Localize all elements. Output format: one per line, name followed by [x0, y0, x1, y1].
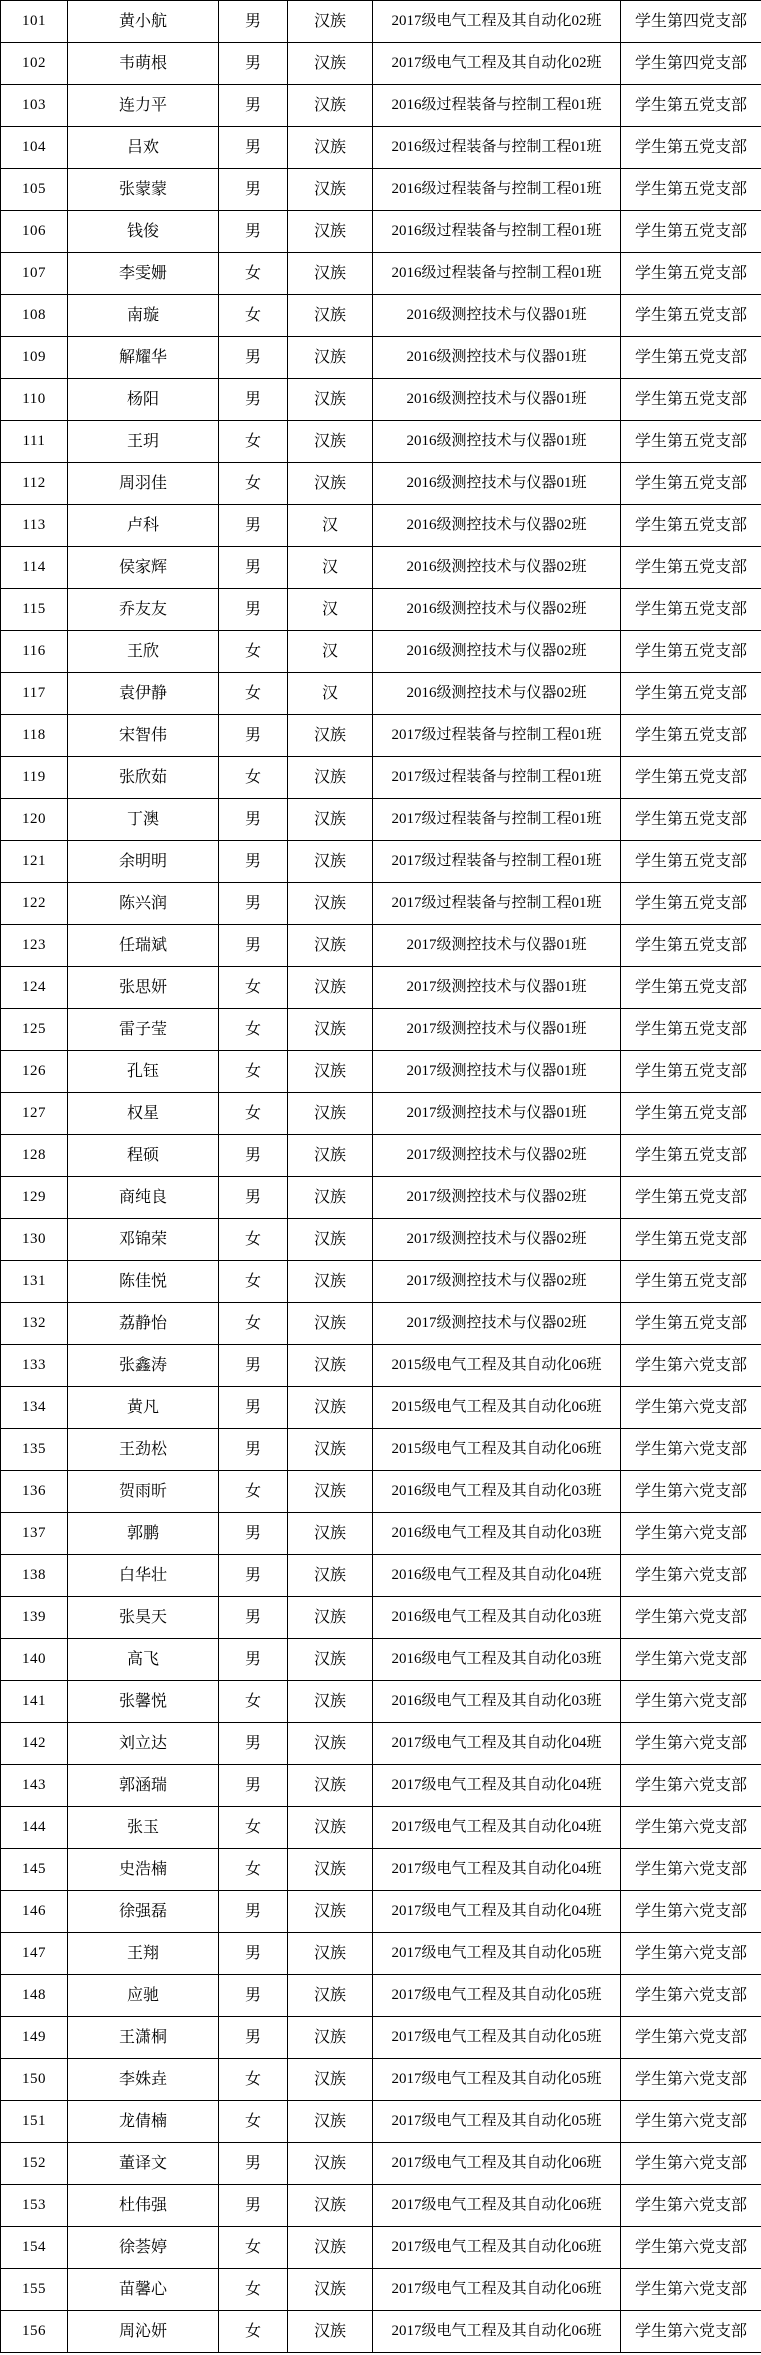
cell-branch: 学生第五党支部	[621, 1261, 761, 1303]
cell-id: 106	[1, 211, 68, 253]
cell-gender: 男	[219, 841, 288, 883]
cell-branch: 学生第五党支部	[621, 337, 761, 379]
cell-gender: 男	[219, 1429, 288, 1471]
cell-gender: 女	[219, 1219, 288, 1261]
cell-gender: 男	[219, 1177, 288, 1219]
cell-gender: 男	[219, 1639, 288, 1681]
cell-gender: 女	[219, 673, 288, 715]
cell-name: 余明明	[68, 841, 219, 883]
cell-ethnicity: 汉	[288, 631, 373, 673]
cell-name: 郭鹏	[68, 1513, 219, 1555]
cell-gender: 女	[219, 1093, 288, 1135]
cell-class_name: 2017级电气工程及其自动化06班	[373, 2185, 621, 2227]
table-row: 144张玉女汉族2017级电气工程及其自动化04班学生第六党支部	[1, 1807, 761, 1849]
table-row: 131陈佳悦女汉族2017级测控技术与仪器02班学生第五党支部	[1, 1261, 761, 1303]
cell-ethnicity: 汉族	[288, 1849, 373, 1891]
cell-id: 140	[1, 1639, 68, 1681]
cell-id: 144	[1, 1807, 68, 1849]
cell-class_name: 2017级电气工程及其自动化06班	[373, 2143, 621, 2185]
cell-id: 114	[1, 547, 68, 589]
cell-class_name: 2016级过程装备与控制工程01班	[373, 169, 621, 211]
student-roster-table: 101黄小航男汉族2017级电气工程及其自动化02班学生第四党支部102韦萌根男…	[0, 0, 761, 2353]
cell-id: 108	[1, 295, 68, 337]
cell-id: 104	[1, 127, 68, 169]
cell-ethnicity: 汉	[288, 505, 373, 547]
cell-ethnicity: 汉	[288, 547, 373, 589]
cell-branch: 学生第六党支部	[621, 1429, 761, 1471]
cell-gender: 男	[219, 799, 288, 841]
table-row: 122陈兴润男汉族2017级过程装备与控制工程01班学生第五党支部	[1, 883, 761, 925]
table-row: 110杨阳男汉族2016级测控技术与仪器01班学生第五党支部	[1, 379, 761, 421]
cell-branch: 学生第六党支部	[621, 1597, 761, 1639]
table-row: 155苗馨心女汉族2017级电气工程及其自动化06班学生第六党支部	[1, 2269, 761, 2311]
cell-ethnicity: 汉族	[288, 463, 373, 505]
cell-id: 131	[1, 1261, 68, 1303]
cell-branch: 学生第五党支部	[621, 1009, 761, 1051]
cell-name: 王劲松	[68, 1429, 219, 1471]
cell-gender: 女	[219, 1807, 288, 1849]
cell-id: 155	[1, 2269, 68, 2311]
cell-class_name: 2017级测控技术与仪器02班	[373, 1219, 621, 1261]
cell-class_name: 2016级过程装备与控制工程01班	[373, 211, 621, 253]
table-row: 148应驰男汉族2017级电气工程及其自动化05班学生第六党支部	[1, 1975, 761, 2017]
cell-name: 陈兴润	[68, 883, 219, 925]
cell-ethnicity: 汉族	[288, 1345, 373, 1387]
cell-class_name: 2017级测控技术与仪器01班	[373, 1009, 621, 1051]
cell-ethnicity: 汉族	[288, 1471, 373, 1513]
cell-class_name: 2016级电气工程及其自动化03班	[373, 1471, 621, 1513]
cell-name: 徐强磊	[68, 1891, 219, 1933]
cell-branch: 学生第六党支部	[621, 1975, 761, 2017]
cell-id: 130	[1, 1219, 68, 1261]
cell-name: 南璇	[68, 295, 219, 337]
cell-id: 113	[1, 505, 68, 547]
cell-branch: 学生第六党支部	[621, 1555, 761, 1597]
cell-branch: 学生第五党支部	[621, 1219, 761, 1261]
cell-gender: 女	[219, 2311, 288, 2353]
cell-id: 110	[1, 379, 68, 421]
cell-id: 134	[1, 1387, 68, 1429]
table-row: 129商纯良男汉族2017级测控技术与仪器02班学生第五党支部	[1, 1177, 761, 1219]
cell-class_name: 2016级电气工程及其自动化03班	[373, 1597, 621, 1639]
table-row: 142刘立达男汉族2017级电气工程及其自动化04班学生第六党支部	[1, 1723, 761, 1765]
cell-name: 邓锦荣	[68, 1219, 219, 1261]
table-row: 103连力平男汉族2016级过程装备与控制工程01班学生第五党支部	[1, 85, 761, 127]
cell-branch: 学生第六党支部	[621, 1933, 761, 1975]
cell-ethnicity: 汉族	[288, 1765, 373, 1807]
cell-class_name: 2017级电气工程及其自动化04班	[373, 1807, 621, 1849]
table-row: 121余明明男汉族2017级过程装备与控制工程01班学生第五党支部	[1, 841, 761, 883]
table-row: 149王潇桐男汉族2017级电气工程及其自动化05班学生第六党支部	[1, 2017, 761, 2059]
cell-name: 连力平	[68, 85, 219, 127]
table-row: 104吕欢男汉族2016级过程装备与控制工程01班学生第五党支部	[1, 127, 761, 169]
cell-branch: 学生第五党支部	[621, 505, 761, 547]
cell-class_name: 2017级电气工程及其自动化06班	[373, 2227, 621, 2269]
cell-name: 黄凡	[68, 1387, 219, 1429]
table-row: 119张欣茹女汉族2017级过程装备与控制工程01班学生第五党支部	[1, 757, 761, 799]
cell-class_name: 2017级电气工程及其自动化05班	[373, 2059, 621, 2101]
cell-id: 111	[1, 421, 68, 463]
cell-id: 127	[1, 1093, 68, 1135]
table-row: 105张蒙蒙男汉族2016级过程装备与控制工程01班学生第五党支部	[1, 169, 761, 211]
cell-name: 张欣茹	[68, 757, 219, 799]
cell-ethnicity: 汉	[288, 673, 373, 715]
cell-gender: 男	[219, 547, 288, 589]
cell-class_name: 2017级电气工程及其自动化06班	[373, 2311, 621, 2353]
cell-class_name: 2016级电气工程及其自动化04班	[373, 1555, 621, 1597]
cell-ethnicity: 汉族	[288, 1681, 373, 1723]
cell-class_name: 2017级电气工程及其自动化02班	[373, 1, 621, 43]
table-row: 109解耀华男汉族2016级测控技术与仪器01班学生第五党支部	[1, 337, 761, 379]
cell-name: 贺雨昕	[68, 1471, 219, 1513]
cell-id: 109	[1, 337, 68, 379]
cell-gender: 男	[219, 127, 288, 169]
cell-branch: 学生第六党支部	[621, 2185, 761, 2227]
cell-ethnicity: 汉族	[288, 757, 373, 799]
cell-id: 141	[1, 1681, 68, 1723]
cell-gender: 男	[219, 1135, 288, 1177]
cell-id: 119	[1, 757, 68, 799]
table-row: 114侯家辉男汉2016级测控技术与仪器02班学生第五党支部	[1, 547, 761, 589]
cell-class_name: 2016级测控技术与仪器01班	[373, 463, 621, 505]
cell-ethnicity: 汉族	[288, 1807, 373, 1849]
cell-branch: 学生第五党支部	[621, 673, 761, 715]
cell-ethnicity: 汉族	[288, 85, 373, 127]
table-row: 118宋智伟男汉族2017级过程装备与控制工程01班学生第五党支部	[1, 715, 761, 757]
cell-name: 张鑫涛	[68, 1345, 219, 1387]
cell-ethnicity: 汉族	[288, 295, 373, 337]
cell-branch: 学生第五党支部	[621, 589, 761, 631]
cell-name: 白华壮	[68, 1555, 219, 1597]
cell-id: 107	[1, 253, 68, 295]
cell-branch: 学生第五党支部	[621, 295, 761, 337]
cell-ethnicity: 汉族	[288, 883, 373, 925]
cell-name: 郭涵瑞	[68, 1765, 219, 1807]
table-row: 152董译文男汉族2017级电气工程及其自动化06班学生第六党支部	[1, 2143, 761, 2185]
cell-branch: 学生第五党支部	[621, 1177, 761, 1219]
cell-name: 袁伊静	[68, 673, 219, 715]
cell-id: 112	[1, 463, 68, 505]
cell-gender: 男	[219, 2017, 288, 2059]
cell-name: 李姝垚	[68, 2059, 219, 2101]
cell-class_name: 2016级测控技术与仪器02班	[373, 505, 621, 547]
cell-branch: 学生第四党支部	[621, 43, 761, 85]
cell-class_name: 2017级过程装备与控制工程01班	[373, 715, 621, 757]
cell-ethnicity: 汉族	[288, 1219, 373, 1261]
cell-branch: 学生第六党支部	[621, 2059, 761, 2101]
table-row: 134黄凡男汉族2015级电气工程及其自动化06班学生第六党支部	[1, 1387, 761, 1429]
cell-ethnicity: 汉族	[288, 1051, 373, 1093]
cell-branch: 学生第六党支部	[621, 1345, 761, 1387]
cell-gender: 男	[219, 1387, 288, 1429]
cell-id: 121	[1, 841, 68, 883]
cell-gender: 女	[219, 1849, 288, 1891]
cell-name: 王欣	[68, 631, 219, 673]
cell-id: 132	[1, 1303, 68, 1345]
table-row: 126孔钰女汉族2017级测控技术与仪器01班学生第五党支部	[1, 1051, 761, 1093]
cell-ethnicity: 汉族	[288, 1555, 373, 1597]
cell-ethnicity: 汉族	[288, 2017, 373, 2059]
cell-class_name: 2017级测控技术与仪器01班	[373, 1093, 621, 1135]
cell-gender: 女	[219, 2269, 288, 2311]
cell-ethnicity: 汉族	[288, 2227, 373, 2269]
cell-branch: 学生第五党支部	[621, 1051, 761, 1093]
table-row: 101黄小航男汉族2017级电气工程及其自动化02班学生第四党支部	[1, 1, 761, 43]
cell-class_name: 2017级电气工程及其自动化04班	[373, 1765, 621, 1807]
cell-id: 146	[1, 1891, 68, 1933]
cell-class_name: 2017级电气工程及其自动化05班	[373, 1975, 621, 2017]
table-row: 139张昊天男汉族2016级电气工程及其自动化03班学生第六党支部	[1, 1597, 761, 1639]
cell-class_name: 2017级电气工程及其自动化02班	[373, 43, 621, 85]
cell-id: 123	[1, 925, 68, 967]
cell-ethnicity: 汉族	[288, 337, 373, 379]
cell-gender: 女	[219, 967, 288, 1009]
table-row: 125雷子莹女汉族2017级测控技术与仪器01班学生第五党支部	[1, 1009, 761, 1051]
cell-id: 129	[1, 1177, 68, 1219]
table-row: 146徐强磊男汉族2017级电气工程及其自动化04班学生第六党支部	[1, 1891, 761, 1933]
cell-ethnicity: 汉族	[288, 169, 373, 211]
cell-class_name: 2016级过程装备与控制工程01班	[373, 127, 621, 169]
cell-id: 149	[1, 2017, 68, 2059]
cell-name: 王玥	[68, 421, 219, 463]
cell-name: 卢科	[68, 505, 219, 547]
cell-ethnicity: 汉族	[288, 841, 373, 883]
cell-ethnicity: 汉族	[288, 1303, 373, 1345]
table-row: 127权星女汉族2017级测控技术与仪器01班学生第五党支部	[1, 1093, 761, 1135]
cell-gender: 女	[219, 1009, 288, 1051]
cell-gender: 女	[219, 1303, 288, 1345]
cell-id: 145	[1, 1849, 68, 1891]
cell-class_name: 2017级测控技术与仪器01班	[373, 1051, 621, 1093]
cell-name: 张蒙蒙	[68, 169, 219, 211]
cell-id: 147	[1, 1933, 68, 1975]
cell-class_name: 2016级电气工程及其自动化03班	[373, 1639, 621, 1681]
cell-ethnicity: 汉族	[288, 1177, 373, 1219]
cell-id: 126	[1, 1051, 68, 1093]
cell-name: 龙倩楠	[68, 2101, 219, 2143]
cell-ethnicity: 汉族	[288, 2059, 373, 2101]
cell-class_name: 2017级测控技术与仪器01班	[373, 967, 621, 1009]
table-row: 150李姝垚女汉族2017级电气工程及其自动化05班学生第六党支部	[1, 2059, 761, 2101]
cell-branch: 学生第五党支部	[621, 757, 761, 799]
cell-branch: 学生第六党支部	[621, 2269, 761, 2311]
cell-class_name: 2016级测控技术与仪器02班	[373, 673, 621, 715]
cell-id: 105	[1, 169, 68, 211]
cell-branch: 学生第五党支部	[621, 841, 761, 883]
cell-class_name: 2015级电气工程及其自动化06班	[373, 1429, 621, 1471]
cell-class_name: 2017级测控技术与仪器01班	[373, 925, 621, 967]
cell-name: 徐荟婷	[68, 2227, 219, 2269]
cell-ethnicity: 汉族	[288, 1597, 373, 1639]
cell-branch: 学生第六党支部	[621, 2143, 761, 2185]
cell-name: 乔友友	[68, 589, 219, 631]
cell-gender: 男	[219, 2143, 288, 2185]
table-row: 151龙倩楠女汉族2017级电气工程及其自动化05班学生第六党支部	[1, 2101, 761, 2143]
table-row: 102韦萌根男汉族2017级电气工程及其自动化02班学生第四党支部	[1, 43, 761, 85]
cell-name: 王潇桐	[68, 2017, 219, 2059]
cell-id: 133	[1, 1345, 68, 1387]
cell-class_name: 2016级过程装备与控制工程01班	[373, 85, 621, 127]
cell-branch: 学生第五党支部	[621, 1135, 761, 1177]
cell-name: 程硕	[68, 1135, 219, 1177]
cell-id: 151	[1, 2101, 68, 2143]
cell-branch: 学生第六党支部	[621, 1891, 761, 1933]
cell-ethnicity: 汉族	[288, 1135, 373, 1177]
cell-ethnicity: 汉族	[288, 1, 373, 43]
table-row: 123任瑞斌男汉族2017级测控技术与仪器01班学生第五党支部	[1, 925, 761, 967]
cell-name: 吕欢	[68, 127, 219, 169]
table-row: 156周沁妍女汉族2017级电气工程及其自动化06班学生第六党支部	[1, 2311, 761, 2353]
cell-ethnicity: 汉族	[288, 1513, 373, 1555]
cell-class_name: 2016级测控技术与仪器01班	[373, 337, 621, 379]
cell-id: 148	[1, 1975, 68, 2017]
cell-id: 156	[1, 2311, 68, 2353]
cell-class_name: 2017级电气工程及其自动化06班	[373, 2269, 621, 2311]
cell-gender: 女	[219, 253, 288, 295]
cell-branch: 学生第六党支部	[621, 1723, 761, 1765]
cell-ethnicity: 汉族	[288, 43, 373, 85]
cell-name: 董译文	[68, 2143, 219, 2185]
cell-name: 杨阳	[68, 379, 219, 421]
cell-branch: 学生第五党支部	[621, 169, 761, 211]
cell-gender: 男	[219, 883, 288, 925]
cell-class_name: 2017级过程装备与控制工程01班	[373, 757, 621, 799]
cell-name: 周沁妍	[68, 2311, 219, 2353]
cell-id: 102	[1, 43, 68, 85]
cell-name: 商纯良	[68, 1177, 219, 1219]
cell-branch: 学生第五党支部	[621, 253, 761, 295]
cell-gender: 男	[219, 1, 288, 43]
cell-id: 138	[1, 1555, 68, 1597]
cell-gender: 男	[219, 1555, 288, 1597]
cell-class_name: 2017级过程装备与控制工程01班	[373, 799, 621, 841]
table-row: 130邓锦荣女汉族2017级测控技术与仪器02班学生第五党支部	[1, 1219, 761, 1261]
cell-gender: 男	[219, 337, 288, 379]
cell-id: 142	[1, 1723, 68, 1765]
cell-name: 宋智伟	[68, 715, 219, 757]
cell-ethnicity: 汉族	[288, 127, 373, 169]
table-row: 111王玥女汉族2016级测控技术与仪器01班学生第五党支部	[1, 421, 761, 463]
cell-name: 解耀华	[68, 337, 219, 379]
cell-branch: 学生第六党支部	[621, 1849, 761, 1891]
cell-ethnicity: 汉族	[288, 1387, 373, 1429]
cell-branch: 学生第五党支部	[621, 631, 761, 673]
cell-gender: 男	[219, 43, 288, 85]
cell-ethnicity: 汉族	[288, 1093, 373, 1135]
table-row: 135王劲松男汉族2015级电气工程及其自动化06班学生第六党支部	[1, 1429, 761, 1471]
cell-branch: 学生第六党支部	[621, 1387, 761, 1429]
cell-id: 139	[1, 1597, 68, 1639]
cell-name: 周羽佳	[68, 463, 219, 505]
table-row: 147王翔男汉族2017级电气工程及其自动化05班学生第六党支部	[1, 1933, 761, 1975]
cell-branch: 学生第六党支部	[621, 2017, 761, 2059]
cell-ethnicity: 汉	[288, 589, 373, 631]
table-row: 143郭涵瑞男汉族2017级电气工程及其自动化04班学生第六党支部	[1, 1765, 761, 1807]
cell-id: 120	[1, 799, 68, 841]
cell-id: 116	[1, 631, 68, 673]
cell-ethnicity: 汉族	[288, 1975, 373, 2017]
cell-gender: 女	[219, 2227, 288, 2269]
cell-class_name: 2017级测控技术与仪器02班	[373, 1135, 621, 1177]
cell-gender: 女	[219, 1261, 288, 1303]
cell-name: 孔钰	[68, 1051, 219, 1093]
cell-class_name: 2016级测控技术与仪器01班	[373, 421, 621, 463]
cell-name: 任瑞斌	[68, 925, 219, 967]
cell-gender: 男	[219, 169, 288, 211]
cell-ethnicity: 汉族	[288, 2269, 373, 2311]
cell-branch: 学生第五党支部	[621, 967, 761, 1009]
cell-id: 122	[1, 883, 68, 925]
table-row: 112周羽佳女汉族2016级测控技术与仪器01班学生第五党支部	[1, 463, 761, 505]
cell-name: 权星	[68, 1093, 219, 1135]
cell-ethnicity: 汉族	[288, 2143, 373, 2185]
cell-ethnicity: 汉族	[288, 1891, 373, 1933]
cell-id: 117	[1, 673, 68, 715]
cell-class_name: 2016级电气工程及其自动化03班	[373, 1513, 621, 1555]
cell-id: 125	[1, 1009, 68, 1051]
table-row: 133张鑫涛男汉族2015级电气工程及其自动化06班学生第六党支部	[1, 1345, 761, 1387]
table-row: 113卢科男汉2016级测控技术与仪器02班学生第五党支部	[1, 505, 761, 547]
cell-class_name: 2017级电气工程及其自动化05班	[373, 2101, 621, 2143]
cell-id: 101	[1, 1, 68, 43]
cell-gender: 男	[219, 505, 288, 547]
cell-branch: 学生第六党支部	[621, 1471, 761, 1513]
cell-ethnicity: 汉族	[288, 925, 373, 967]
cell-name: 张馨悦	[68, 1681, 219, 1723]
table-row: 120丁澳男汉族2017级过程装备与控制工程01班学生第五党支部	[1, 799, 761, 841]
cell-gender: 男	[219, 589, 288, 631]
cell-branch: 学生第五党支部	[621, 883, 761, 925]
table-row: 128程硕男汉族2017级测控技术与仪器02班学生第五党支部	[1, 1135, 761, 1177]
cell-gender: 男	[219, 211, 288, 253]
cell-name: 应驰	[68, 1975, 219, 2017]
cell-class_name: 2017级电气工程及其自动化05班	[373, 1933, 621, 1975]
cell-ethnicity: 汉族	[288, 211, 373, 253]
table-row: 108南璇女汉族2016级测控技术与仪器01班学生第五党支部	[1, 295, 761, 337]
cell-ethnicity: 汉族	[288, 2311, 373, 2353]
cell-ethnicity: 汉族	[288, 421, 373, 463]
cell-id: 137	[1, 1513, 68, 1555]
cell-name: 张昊天	[68, 1597, 219, 1639]
cell-branch: 学生第四党支部	[621, 1, 761, 43]
cell-gender: 女	[219, 757, 288, 799]
cell-ethnicity: 汉族	[288, 1933, 373, 1975]
cell-name: 丁澳	[68, 799, 219, 841]
cell-gender: 女	[219, 295, 288, 337]
cell-ethnicity: 汉族	[288, 1723, 373, 1765]
cell-name: 黄小航	[68, 1, 219, 43]
cell-class_name: 2016级电气工程及其自动化03班	[373, 1681, 621, 1723]
cell-branch: 学生第六党支部	[621, 1765, 761, 1807]
cell-branch: 学生第五党支部	[621, 547, 761, 589]
cell-gender: 女	[219, 463, 288, 505]
table-row: 145史浩楠女汉族2017级电气工程及其自动化04班学生第六党支部	[1, 1849, 761, 1891]
cell-branch: 学生第六党支部	[621, 2101, 761, 2143]
cell-ethnicity: 汉族	[288, 2185, 373, 2227]
cell-gender: 男	[219, 1975, 288, 2017]
cell-class_name: 2017级过程装备与控制工程01班	[373, 841, 621, 883]
cell-id: 103	[1, 85, 68, 127]
cell-gender: 女	[219, 421, 288, 463]
cell-id: 153	[1, 2185, 68, 2227]
cell-name: 刘立达	[68, 1723, 219, 1765]
cell-gender: 男	[219, 1345, 288, 1387]
table-row: 138白华壮男汉族2016级电气工程及其自动化04班学生第六党支部	[1, 1555, 761, 1597]
cell-gender: 女	[219, 1051, 288, 1093]
cell-name: 高飞	[68, 1639, 219, 1681]
cell-class_name: 2016级测控技术与仪器02班	[373, 631, 621, 673]
cell-class_name: 2015级电气工程及其自动化06班	[373, 1345, 621, 1387]
